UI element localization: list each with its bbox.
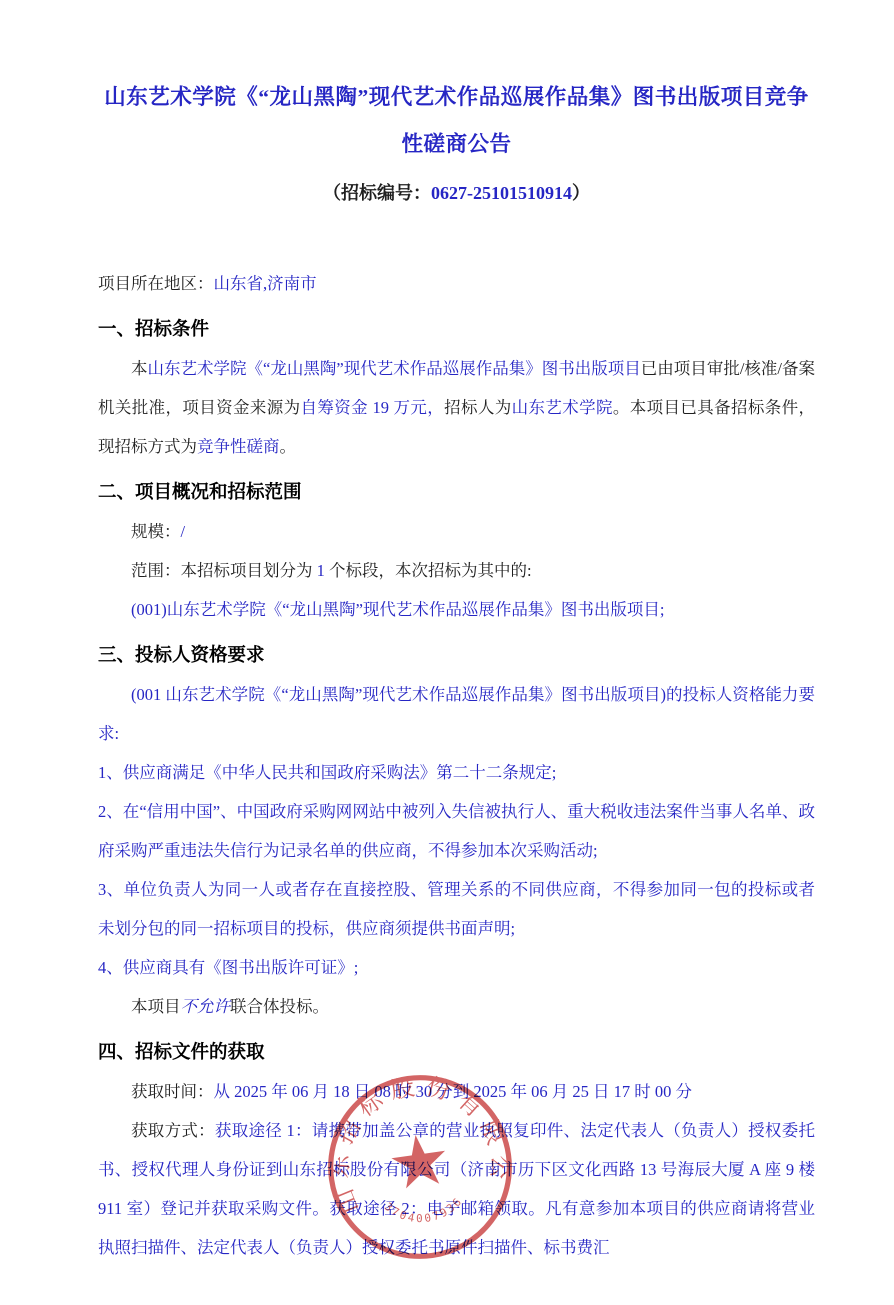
text-segment: 3、单位负责人为同一人或者存在直接控股、管理关系的不同供应商，不得参加同一包的投… [98, 880, 815, 938]
text-segment: 山东艺术学院 [512, 398, 613, 417]
tender-number-line: （招标编号：0627-25101510914） [98, 176, 815, 210]
section-document-acquisition: 四、招标文件的获取 获取时间：从 2025 年 06 月 18 日 08 时 3… [98, 1031, 815, 1267]
paragraph: 本山东艺术学院《“龙山黑陶”现代艺术作品巡展作品集》图书出版项目已由项目审批/核… [98, 349, 815, 466]
section-heading-3: 三、投标人资格要求 [98, 634, 815, 675]
text-segment: 自筹资金 19 万元， [301, 398, 445, 417]
section-bidder-qualifications: 三、投标人资格要求 (001 山东艺术学院《“龙山黑陶”现代艺术作品巡展作品集》… [98, 634, 815, 1026]
text-segment: 个标段，本次招标为其中的: [325, 561, 532, 580]
paragraph-scope: 范围：本招标项目划分为 1 个标段，本次招标为其中的: [98, 551, 815, 590]
text-segment: 1、供应商满足《中华人民共和国政府采购法》第二十二条规定; [98, 763, 556, 782]
text-segment: 招标人为 [444, 398, 512, 417]
section-bidding-conditions: 一、招标条件 本山东艺术学院《“龙山黑陶”现代艺术作品巡展作品集》图书出版项目已… [98, 308, 815, 466]
text-segment: ） [572, 183, 590, 203]
text-segment: 0627-25101510914 [431, 183, 572, 203]
paragraph-acquisition-time: 获取时间：从 2025 年 06 月 18 日 08 时 30 分到 2025 … [98, 1072, 815, 1111]
text-segment: 2、在“信用中国”、中国政府采购网网站中被列入失信被执行人、重大税收违法案件当事… [98, 802, 815, 860]
paragraph-scale: 规模：/ [98, 512, 815, 551]
text-segment: （招标编号： [323, 183, 431, 203]
text-segment: 不允许 [181, 997, 231, 1016]
project-location-line: 项目所在地区：山东省,济南市 [98, 264, 815, 303]
paragraph-acquisition-method: 获取方式：获取途径 1：请携带加盖公章的营业执照复印件、法定代表人（负责人）授权… [98, 1111, 815, 1267]
paragraph-no-consortium: 本项目不允许联合体投标。 [98, 987, 815, 1026]
text-segment: 本项目 [131, 997, 181, 1016]
text-segment: 本 [131, 359, 148, 378]
paragraph-requirement-2: 2、在“信用中国”、中国政府采购网网站中被列入失信被执行人、重大税收违法案件当事… [98, 792, 815, 870]
text-segment: 规模： [131, 522, 181, 541]
section-heading-4: 四、招标文件的获取 [98, 1031, 815, 1072]
paragraph-requirement-3: 3、单位负责人为同一人或者存在直接控股、管理关系的不同供应商，不得参加同一包的投… [98, 870, 815, 948]
section-heading-2: 二、项目概况和招标范围 [98, 471, 815, 512]
text-segment: 竞争性磋商 [197, 437, 280, 456]
text-segment: 获取途径 1：请携带加盖公章的营业执照复印件、法定代表人（负责人）授权委托书、授… [98, 1121, 815, 1257]
text-segment: (001 山东艺术学院《“龙山黑陶”现代艺术作品巡展作品集》图书出版项目)的投标… [98, 685, 815, 743]
text-segment: 山东省,济南市 [214, 274, 317, 293]
tender-announcement-page: 山东艺术学院《“龙山黑陶”现代艺术作品巡展作品集》图书出版项目竞争性磋商公告 （… [0, 0, 894, 1305]
page-title: 山东艺术学院《“龙山黑陶”现代艺术作品巡展作品集》图书出版项目竞争性磋商公告 [98, 0, 815, 168]
text-segment: 项目所在地区： [98, 274, 214, 293]
text-segment: 山东艺术学院《“龙山黑陶”现代艺术作品巡展作品集》图书出版项目 [148, 359, 641, 378]
paragraph-qualification-intro: (001 山东艺术学院《“龙山黑陶”现代艺术作品巡展作品集》图书出版项目)的投标… [98, 675, 815, 753]
section-heading-1: 一、招标条件 [98, 308, 815, 349]
paragraph-requirement-1: 1、供应商满足《中华人民共和国政府采购法》第二十二条规定; [98, 753, 815, 792]
paragraph-lot-001: (001)山东艺术学院《“龙山黑陶”现代艺术作品巡展作品集》图书出版项目; [98, 590, 815, 629]
text-segment: 获取时间： [131, 1082, 214, 1101]
text-segment: 。 [280, 437, 297, 456]
text-segment: (001)山东艺术学院《“龙山黑陶”现代艺术作品巡展作品集》图书出版项目; [131, 600, 664, 619]
section-project-overview: 二、项目概况和招标范围 规模：/ 范围：本招标项目划分为 1 个标段，本次招标为… [98, 471, 815, 629]
text-segment: 范围：本招标项目划分为 [131, 561, 317, 580]
text-segment: 从 2025 年 06 月 18 日 08 时 30 分到 2025 年 06 … [214, 1082, 693, 1101]
text-segment: 4、供应商具有《图书出版许可证》; [98, 958, 358, 977]
text-segment: 1 [317, 561, 325, 580]
text-segment: / [181, 522, 186, 541]
text-segment: 获取方式： [131, 1121, 215, 1140]
paragraph-requirement-4: 4、供应商具有《图书出版许可证》; [98, 948, 815, 987]
text-segment: 联合体投标。 [230, 997, 329, 1016]
